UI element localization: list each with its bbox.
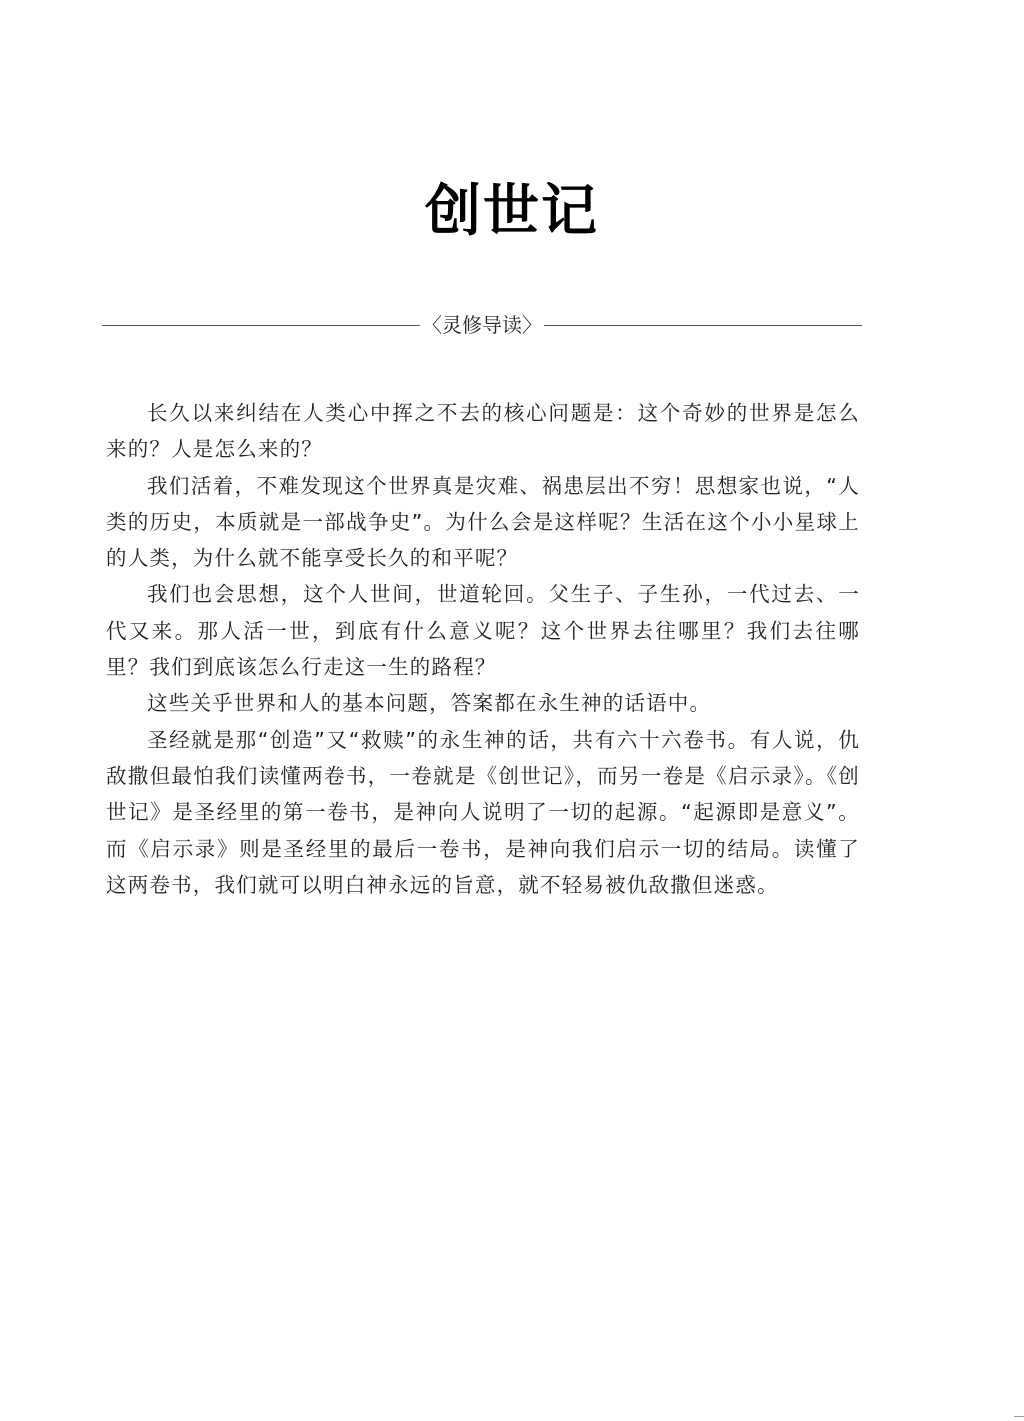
paragraph: 我们也会思想，这个人世间，世道轮回。父生子、子生孙，一代过去、一代又来。那人活一… <box>106 576 860 685</box>
section-heading: 〈灵修导读〉 <box>420 310 544 340</box>
divider-line-left <box>102 325 420 326</box>
paragraph: 圣经就是那“创造”又“救赎”的永生神的话，共有六十六卷书。有人说，仇敌撒但最怕我… <box>106 722 860 903</box>
paragraph: 我们活着，不难发现这个世界真是灾难、祸患层出不穷！思想家也说，“人类的历史，本质… <box>106 468 860 577</box>
section-divider: 〈灵修导读〉 <box>102 310 862 340</box>
page-title: 创世记 <box>0 176 1024 248</box>
paragraph: 这些关乎世界和人的基本问题，答案都在永生神的话语中。 <box>106 685 860 721</box>
divider-line-right <box>544 325 862 326</box>
paragraph: 长久以来纠结在人类心中挥之不去的核心问题是：这个奇妙的世界是怎么来的？人是怎么来… <box>106 395 860 468</box>
body-text: 长久以来纠结在人类心中挥之不去的核心问题是：这个奇妙的世界是怎么来的？人是怎么来… <box>106 395 860 903</box>
corner-mark <box>1014 1416 1024 1417</box>
